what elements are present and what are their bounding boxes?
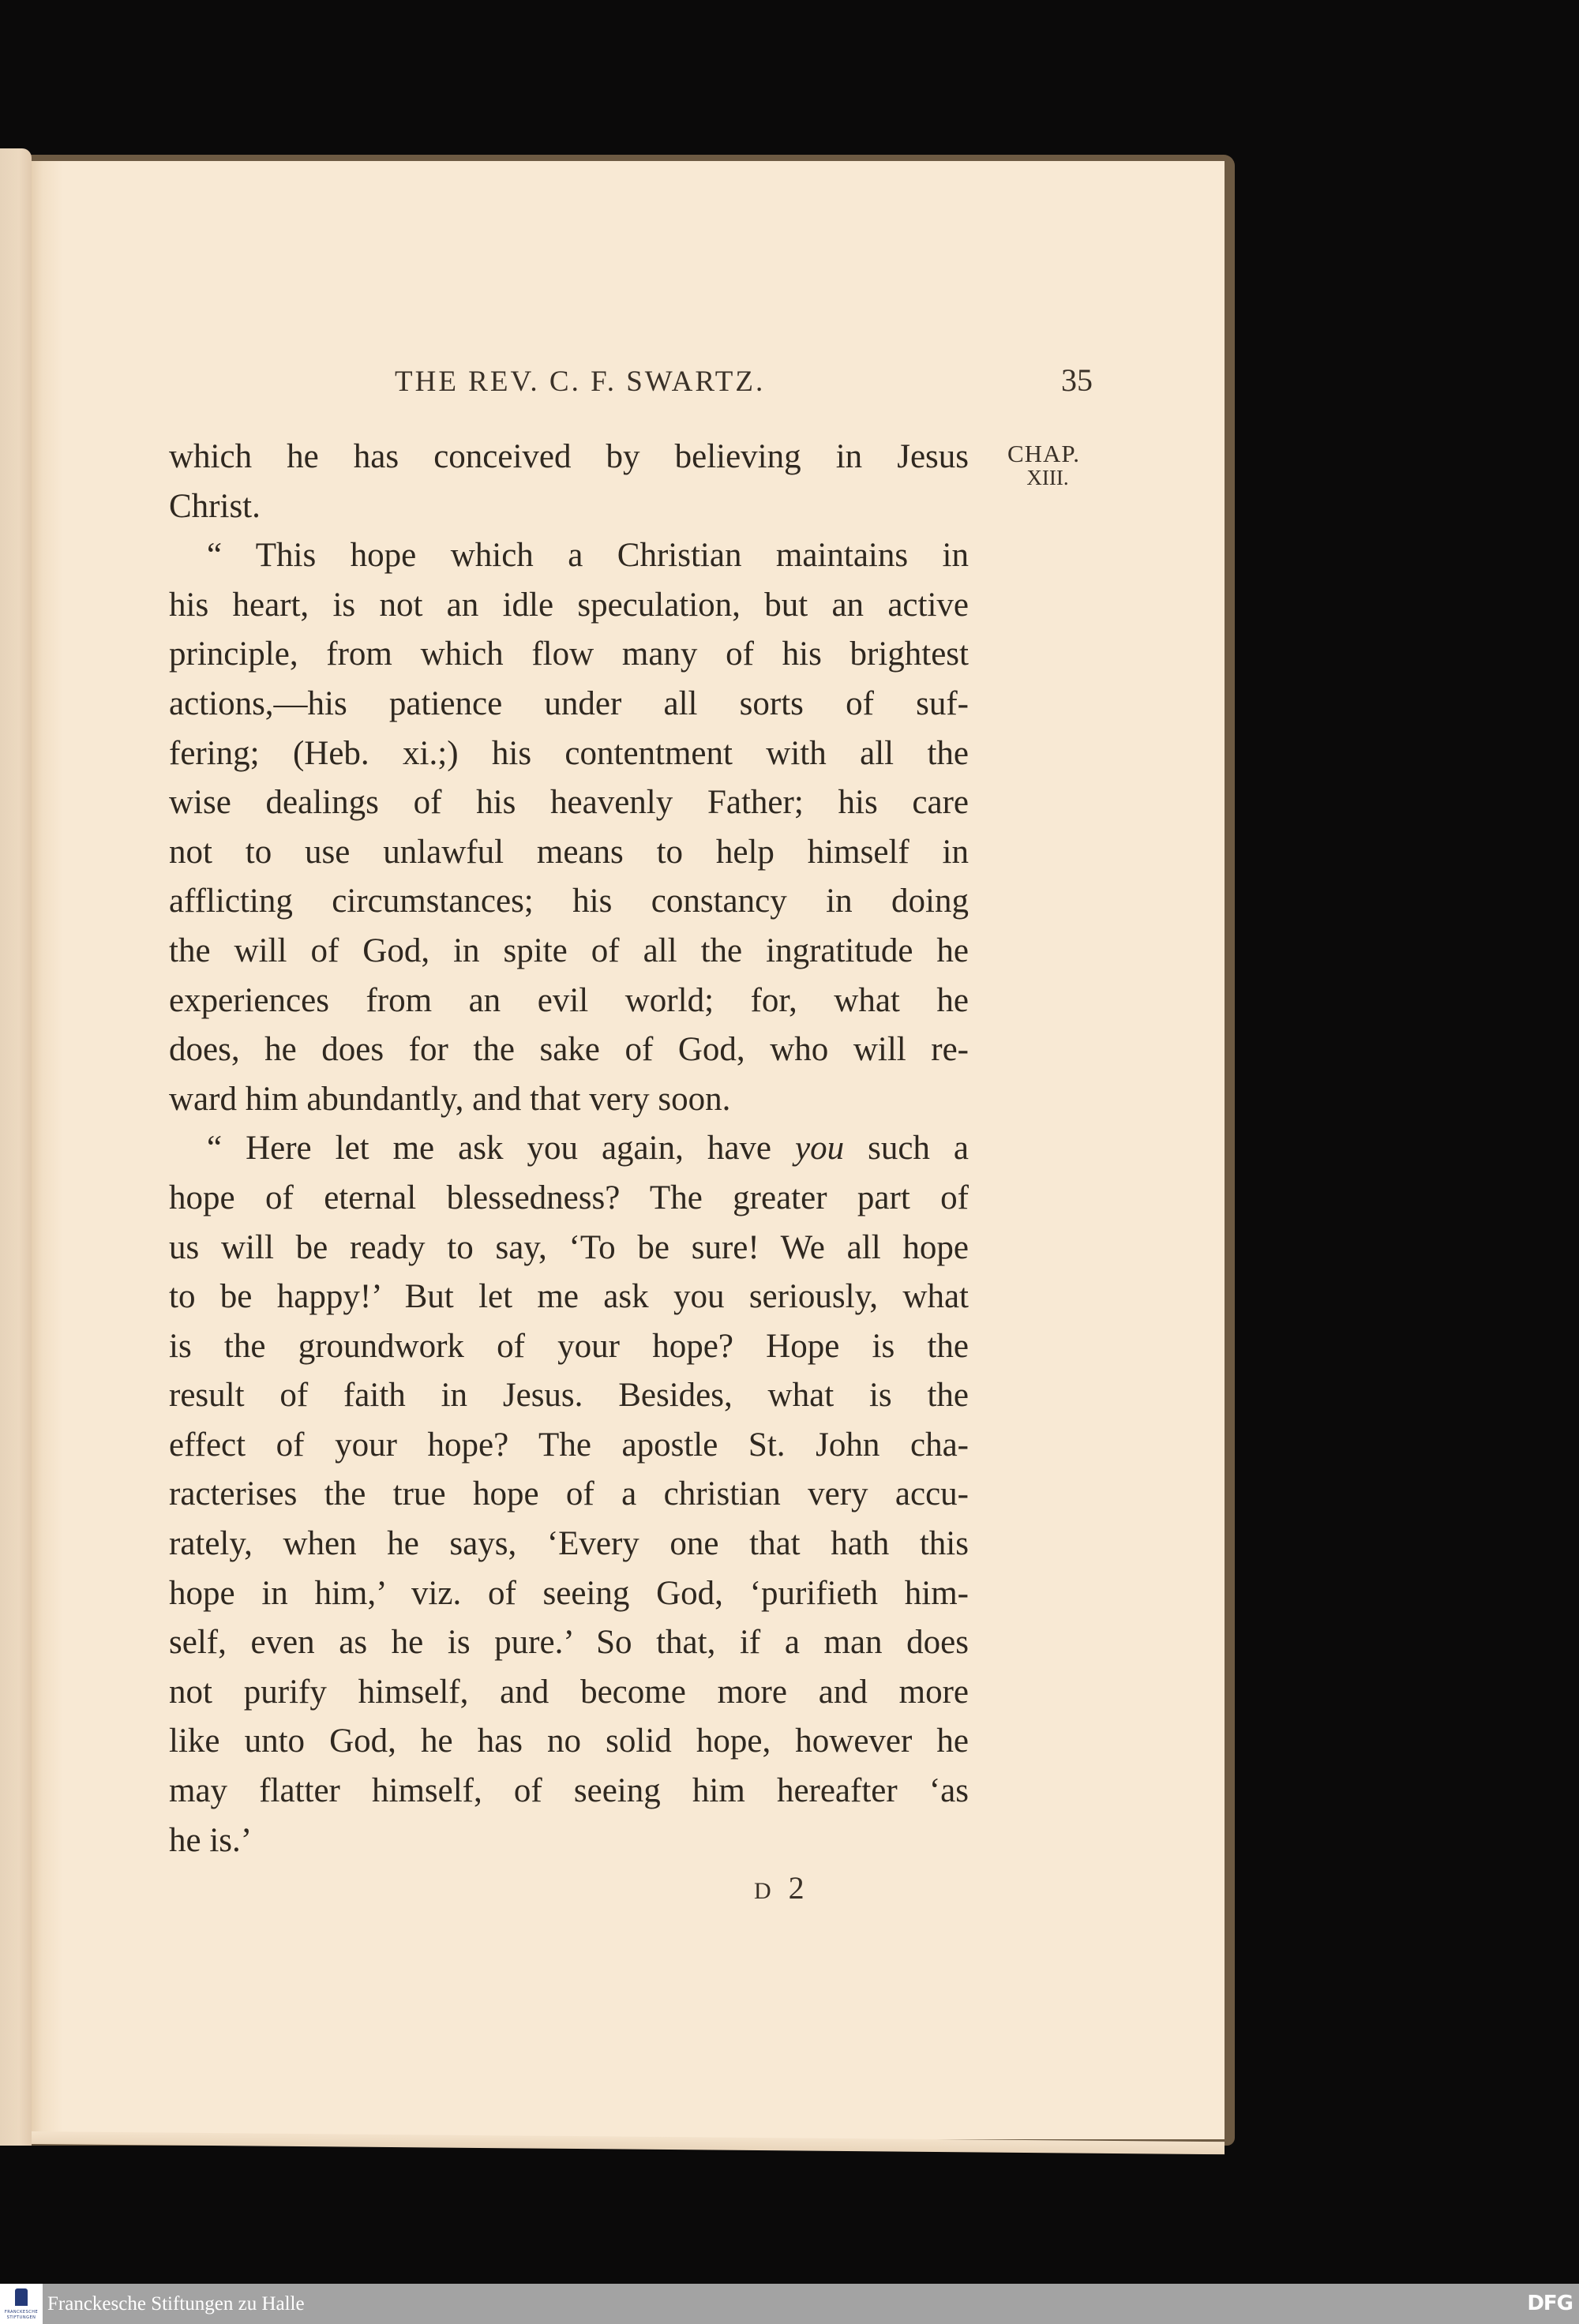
text-line: afflicting circumstances; his constancy … <box>169 877 969 927</box>
dfg-logo[interactable]: DFG <box>1527 2292 1573 2315</box>
text-line: experiences from an evil world; for, wha… <box>169 976 969 1026</box>
text-line: his heart, is not an idle speculation, b… <box>169 581 969 631</box>
text-line: principle, from which flow many of his b… <box>169 630 969 680</box>
text-line: result of faith in Jesus. Besides, what … <box>169 1371 969 1421</box>
text-line: “ This hope which a Christian maintains … <box>169 531 969 581</box>
text-line: fering; (Heb. xi.;) his contentment with… <box>169 729 969 779</box>
text-line: may flatter himself, of seeing him herea… <box>169 1767 969 1816</box>
text-line: not purify himself, and become more and … <box>169 1668 969 1718</box>
text-line: wise dealings of his heavenly Father; hi… <box>169 778 969 828</box>
running-head: THE REV. C. F. SWARTZ. <box>395 365 765 399</box>
text-line: us will be ready to say, ‘To be sure! We… <box>169 1224 969 1273</box>
text-line: the will of God, in spite of all the ing… <box>169 927 969 976</box>
previous-page-edge <box>0 148 32 2146</box>
institution-name: Franckesche Stiftungen zu Halle <box>47 2293 305 2315</box>
text-line: to be happy!’ But let me ask you serious… <box>169 1273 969 1322</box>
logo-caption-line: STIFTUNGEN <box>2 2315 41 2321</box>
text-segment: “ Here let me ask you again, have <box>207 1130 795 1167</box>
text-line: like unto God, he has no solid hope, how… <box>169 1717 969 1767</box>
chapter-side-note: CHAP. XIII. <box>998 442 1090 489</box>
chapter-number: XIII. <box>1006 466 1090 489</box>
text-line: does, he does for the sake of God, who w… <box>169 1025 969 1075</box>
logo-caption-line: FRANCKESCHE <box>2 2310 41 2315</box>
text-line: “ Here let me ask you again, have you su… <box>169 1124 969 1174</box>
text-line: effect of your hope? The apostle St. Joh… <box>169 1421 969 1471</box>
chapter-label: CHAP. <box>998 442 1090 466</box>
text-line: ward him abundantly, and that very soon. <box>169 1075 969 1125</box>
institution-logo-icon <box>15 2288 28 2306</box>
text-line: hope of eternal blessedness? The greater… <box>169 1174 969 1224</box>
text-line: is the groundwork of your hope? Hope is … <box>169 1322 969 1372</box>
printer-signature-mark: D 2 <box>754 1869 809 1906</box>
text-line: Christ. <box>169 482 969 532</box>
franckesche-stiftungen-logo[interactable]: FRANCKESCHE STIFTUNGEN <box>0 2284 43 2324</box>
page-number: 35 <box>1061 362 1093 399</box>
text-line: hope in him,’ viz. of seeing God, ‘purif… <box>169 1569 969 1619</box>
text-line: he is.’ <box>169 1816 969 1866</box>
text-line: rately, when he says, ‘Every one that ha… <box>169 1520 969 1569</box>
text-line: racterises the true hope of a christian … <box>169 1470 969 1520</box>
text-line: self, even as he is pure.’ So that, if a… <box>169 1618 969 1668</box>
text-line: actions,—his patience under all sorts of… <box>169 680 969 729</box>
body-text: which he has conceived by believing in J… <box>169 433 969 1865</box>
text-segment: such a <box>844 1130 969 1167</box>
emphasis-text: you <box>795 1130 844 1167</box>
text-line: not to use unlawful means to help himsel… <box>169 828 969 878</box>
logo-caption: FRANCKESCHE STIFTUNGEN <box>2 2310 41 2321</box>
text-line: which he has conceived by believing in J… <box>169 433 969 482</box>
signature-number: 2 <box>789 1870 809 1906</box>
signature-letter: D <box>754 1878 776 1904</box>
footer-bar: FRANCKESCHE STIFTUNGEN Franckesche Stift… <box>0 2284 1579 2324</box>
